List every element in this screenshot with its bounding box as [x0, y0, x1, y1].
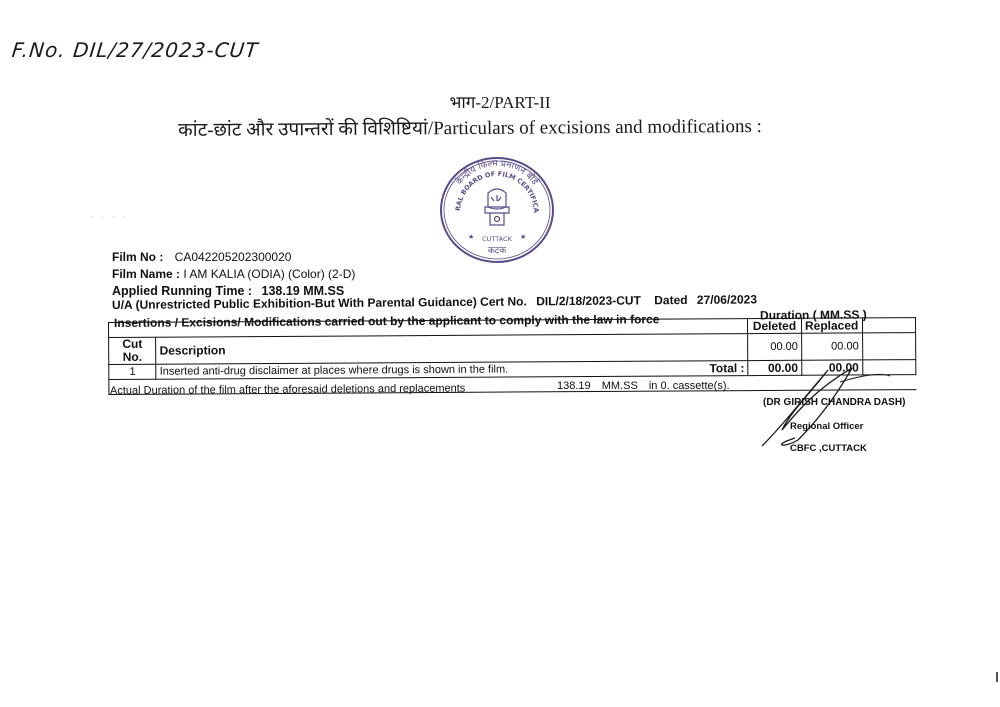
- actual-duration-value-line: 138.19 MM.SS in 0. cassette(s).: [557, 380, 730, 392]
- header-replaced: Replaced: [801, 318, 862, 333]
- svg-text:कटक: कटक: [488, 246, 507, 256]
- running-time-label: Applied Running Time :: [112, 284, 252, 298]
- deleted-value: 00.00: [748, 333, 802, 360]
- dated-value: 27/06/2023: [697, 292, 757, 307]
- file-number-handwritten: F.No. DIL/27/2023-CUT: [11, 38, 260, 62]
- svg-text:★: ★: [468, 233, 474, 241]
- cassettes-text: in 0. cassette(s).: [649, 380, 730, 392]
- film-no-line: Film No : CA042205202300020: [112, 250, 291, 264]
- certificate-category: U/A (Unrestricted Public Exhibition-But …: [112, 294, 527, 312]
- cut-no-cell: 1: [109, 364, 156, 379]
- svg-text:CUTTACK: CUTTACK: [482, 235, 512, 243]
- svg-text:★: ★: [520, 233, 526, 241]
- film-no-value: CA042205202300020: [175, 250, 292, 264]
- signatory-name: (DR GIRISH CHANDRA DASH): [763, 397, 905, 408]
- signatory-office: CBFC ,CUTTACK: [790, 443, 867, 454]
- film-no-label: Film No :: [112, 250, 163, 264]
- scan-edge-mark: [996, 672, 998, 682]
- cert-no: DIL/2/18/2023-CUT: [536, 293, 641, 308]
- header-description: Description: [156, 334, 748, 365]
- dated-label: Dated: [654, 293, 687, 307]
- actual-duration-label: Actual Duration of the film after the af…: [110, 383, 465, 397]
- film-name-label: Film Name :: [112, 267, 180, 281]
- header-deleted: Deleted: [748, 318, 802, 333]
- cbfc-seal-stamp-icon: केन्द्रीय फिल्म प्रमाणन बोर्ड CENTRAL BO…: [438, 155, 556, 265]
- faint-mark: · · · ·: [90, 211, 128, 223]
- actual-duration-unit: MM.SS: [602, 380, 638, 392]
- header-cut-no: Cut No.: [109, 337, 157, 364]
- signatory-designation: Regional Officer: [790, 421, 863, 432]
- part-title: भाग-2/PART-II: [0, 90, 1000, 113]
- replaced-value: 00.00: [801, 333, 862, 360]
- film-name-value: I AM KALIA (ODIA) (Color) (2-D): [183, 267, 355, 281]
- actual-duration-value: 138.19: [557, 380, 591, 392]
- part-subtitle: कांट-छांट और उपान्तरों की विशिष्टियां/Pa…: [0, 111, 940, 144]
- film-name-line: Film Name : I AM KALIA (ODIA) (Color) (2…: [112, 267, 355, 281]
